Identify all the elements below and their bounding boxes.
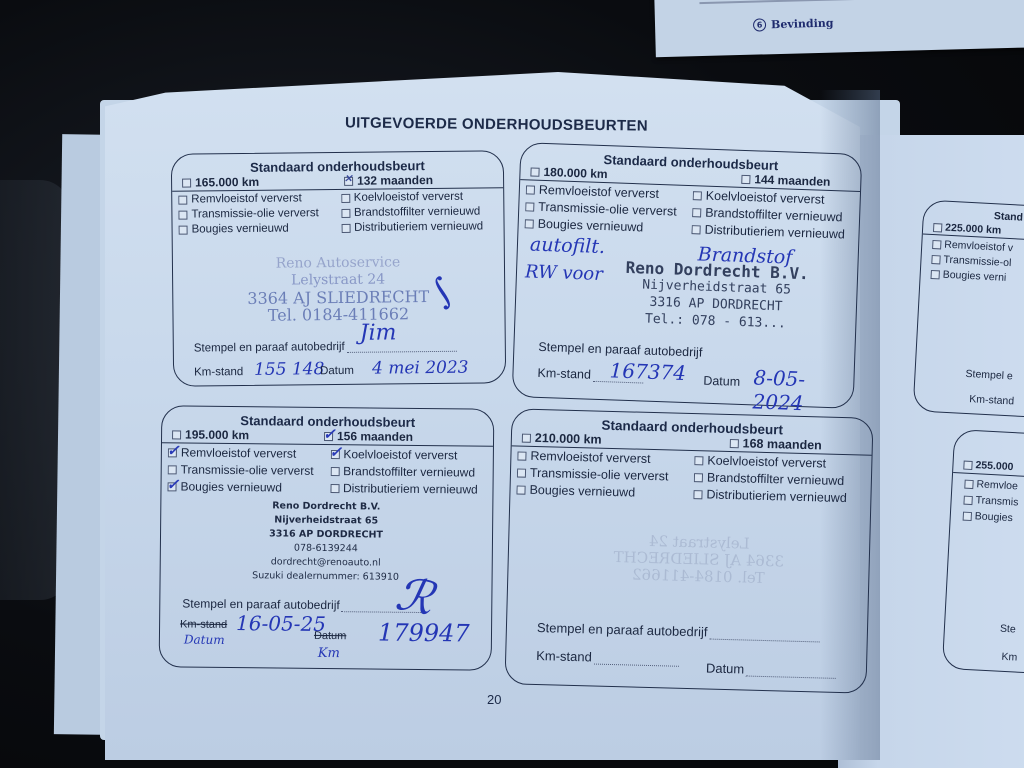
months-checkbox[interactable]: 168 maanden [729,436,822,452]
checkbox-icon[interactable] [692,208,701,217]
service-card-2: Standaard onderhoudsbeurt 180.000 km 144… [512,142,863,409]
checkbox-icon[interactable] [694,473,703,482]
corrected-label: Datum [184,633,225,647]
km-checkbox[interactable]: 195.000 km [172,427,249,442]
checkbox-icon[interactable] [179,225,188,234]
checked-checkbox-icon[interactable] [167,482,176,491]
checkbox-icon[interactable] [517,451,526,460]
other-booklet: 6 Bevinding [654,0,1024,57]
months-checkbox[interactable]: 132 maanden [344,173,433,188]
service-card-6-partial: 255.000 Remvloe Transmis Bougies Ste Km [942,429,1024,675]
checklist-item[interactable]: Distributieriem vernieuwd [693,487,864,505]
checkbox-icon[interactable] [693,490,702,499]
km-value: 155 148 [254,359,325,380]
checked-checkbox-icon[interactable] [168,448,177,457]
km-checkbox[interactable]: 165.000 km [182,175,259,190]
dealer-stamp: Reno Dordrecht B.V. Nijverheidstraat 65 … [231,499,422,585]
checked-checkbox-icon[interactable] [330,450,339,459]
checklist-item[interactable]: Koelvloeistof ververst [341,191,498,205]
section-label: 6 Bevinding [753,17,834,32]
page-title: UITGEVOERDE ONDERHOUDSBEURTEN [345,114,648,134]
checklist-item[interactable]: Distributieriem vernieuwd [691,222,852,242]
date-field[interactable]: Datum [703,374,740,389]
service-card-5-partial: Stand 225.000 km Remvloeistof v Transmis… [913,199,1024,418]
date-value: 4 mei 2023 [372,358,469,379]
km-value: 16-05-25 [236,611,326,636]
date-field[interactable]: Datum [320,365,354,377]
date-field[interactable]: Datum [706,660,837,678]
checkbox-icon[interactable] [341,194,350,203]
checkbox-icon[interactable] [330,467,339,476]
checklist-item[interactable]: Brandstoffilter vernieuwd [694,470,865,488]
checklist-item[interactable]: Koelvloeistof ververst [694,453,865,471]
dealer-stamp: Reno Dordrecht B.V. Nijverheidstraat 65 … [575,257,857,335]
checkbox-icon[interactable] [168,465,177,474]
handwritten-note: RW voor [525,261,604,285]
page-number: 20 [487,692,501,707]
stamp-field[interactable]: Stempel en paraaf autobedrijf [537,620,820,642]
checklist-item[interactable]: Transmissie-olie ververst [517,466,688,484]
service-card-4: Standaard onderhoudsbeurt 210.000 km 168… [504,408,873,693]
checklist-item[interactable]: Bougies vernieuwd [179,222,336,236]
checkbox-icon[interactable] [330,484,339,493]
checkbox-icon[interactable] [526,185,535,194]
checklist-item[interactable]: Remvloeistof ververst [178,192,335,206]
checkbox-icon[interactable] [691,225,700,234]
service-card-3: Standaard onderhoudsbeurt 195.000 km 156… [159,405,495,670]
checklist-item[interactable]: Bougies vernieuwd [167,480,324,496]
checkbox-icon[interactable] [516,485,525,494]
checkbox-icon[interactable] [178,195,187,204]
stamp-field[interactable]: Stempel en paraaf autobedrijf [182,596,422,613]
corrected-label: Km [318,646,340,661]
section-number-icon: 6 [753,18,766,31]
service-card-1: Standaard onderhoudsbeurt 165.000 km 132… [171,150,506,386]
months-checkbox[interactable]: 156 maanden [324,429,413,444]
checkbox-icon[interactable] [517,468,526,477]
checklist-item[interactable]: Koelvloeistof ververst [330,447,487,463]
km-checkbox[interactable]: 210.000 km [522,431,602,447]
checkbox-icon[interactable] [341,224,350,233]
stamp-field[interactable]: Stempel en paraaf autobedrijf [194,340,457,355]
date-value: 8-05-2024 [752,365,854,416]
checkbox-icon[interactable] [525,202,534,211]
km-field[interactable]: Km-stand [194,366,243,379]
checklist-item[interactable]: Brandstoffilter vernieuwd [330,464,487,480]
checkbox-icon[interactable] [693,191,702,200]
km-value: 167374 [609,358,686,385]
handwritten-note: autofilt. [530,234,606,259]
handwritten-note: Brandstof [697,243,792,268]
checklist-item[interactable]: Remvloeistof ververst [168,446,325,462]
checklist-item[interactable]: Remvloeistof ververst [517,449,688,467]
checklist-item[interactable]: Bougies vernieuwd [516,483,687,501]
km-field[interactable]: Km-stand [180,618,227,630]
checklist-item[interactable]: Koelvloeistof ververst [693,188,854,208]
checkbox-icon[interactable] [178,210,187,219]
checklist-item[interactable]: Brandstoffilter vernieuwd [692,205,853,225]
checkbox-icon[interactable] [694,456,703,465]
checkbox-icon[interactable] [341,209,350,218]
ghost-stamp: Lelystraat 24 3364 AJ SLIEDRECHT Tel. 01… [578,531,819,588]
date-field[interactable]: Datum [314,630,347,642]
km-checkbox[interactable]: 180.000 km [530,164,608,181]
checklist-item[interactable]: Distributieriem vernieuwd [341,221,498,235]
checkbox-icon[interactable] [525,219,534,228]
dealer-stamp: Reno Autoservice Lelystraat 24 3364 AJ S… [213,254,464,325]
km-field[interactable]: Km-stand [536,648,679,667]
checklist-item[interactable]: Transmissie-olie ververst [168,463,325,479]
checklist-item[interactable]: Brandstoffilter vernieuwd [341,206,498,220]
checklist-item[interactable]: Remvloeistof ververst [526,183,687,203]
stamp-field[interactable]: Stempel en paraaf autobedrijf [538,340,702,360]
checklist-item[interactable]: Distributieriem vernieuwd [330,481,487,497]
checklist-item[interactable]: Transmissie-olie ververst [525,200,686,220]
checklist-item[interactable]: Transmissie-olie ververst [178,207,335,221]
